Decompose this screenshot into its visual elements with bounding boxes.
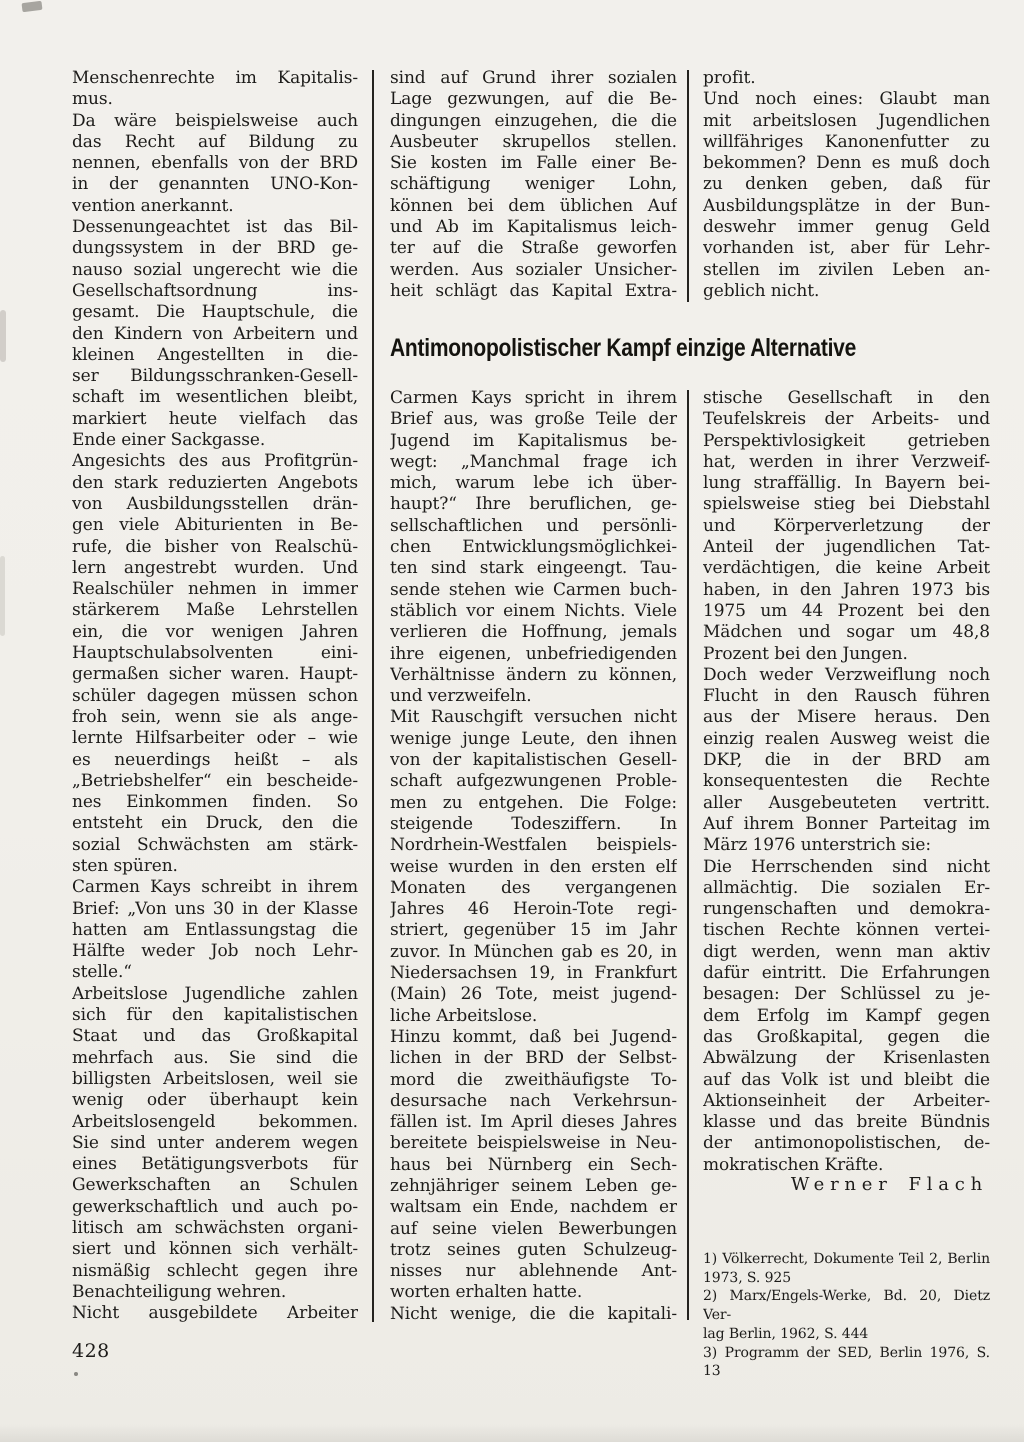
text-line: Gewerkschaften an Schulen [72,1175,358,1196]
text-line: heit schlägt das Kapital Extra- [390,281,677,302]
text-line: Auf ihrem Bonner Parteitag im [703,814,990,835]
text-line: entsteht ein Druck, den die [72,813,358,834]
text-line: haus bei Nürnberg ein Sech- [390,1155,677,1176]
text-line: vorhanden ist, aber für Lehr- [703,238,990,259]
text-line: weise wurden in den ersten elf [390,857,677,878]
author-name: Werner Flach [703,1174,988,1195]
text-line: Carmen Kays schreibt in ihrem [72,877,358,898]
text-line: hatten am Entlassungstag die [72,920,358,941]
text-line: klasse und das breite Bündnis [703,1112,990,1133]
text-line: wegt: „Manchmal frage ich [390,452,677,473]
column-middle-main: Carmen Kays spricht in ihremBrief aus, w… [390,388,677,1332]
scan-artifact-edge [0,556,5,636]
text-line: stische Gesellschaft in den [703,388,990,409]
text-line: sozial Schwächsten am stärk- [72,835,358,856]
text-line: lichen in der BRD der Selbst- [390,1048,677,1069]
text-line: schüler dagegen müssen schon [72,686,358,707]
text-line: können bei dem üblichen Auf [390,196,677,217]
text-line: wenige junge Leute, den ihnen [390,729,677,750]
text-line: besagen: Der Schlüssel zu je- [703,984,990,1005]
text-line: froh sein, wenn sie als ange- [72,707,358,728]
scanned-page: Menschenrechte im Kapitalis-mus.Da wäre … [0,0,1024,1442]
text-line: Die Herrschenden sind nicht [703,857,990,878]
footnotes: 1) Völkerrecht, Dokumente Teil 2, Berlin… [703,1250,990,1381]
text-line: auf das Volk ist und bleibt die [703,1070,990,1091]
text-line: germaßen sicher waren. Haupt- [72,664,358,685]
text-line: haupt?“ Ihre beruflichen, ge- [390,494,677,515]
text-line: steigende Todesziffern. In [390,814,677,835]
text-line: sten spüren. [72,856,358,877]
text-line: von Ausbildungsstellen drän- [72,494,358,515]
text-line: stärkerem Maße Lehrstellen [72,600,358,621]
text-line: Staat und das Großkapital [72,1026,358,1047]
text-line: aus der Misere heraus. Den [703,707,990,728]
text-line: März 1976 unterstrich sie: [703,835,990,856]
text-line: Hinzu kommt, daß bei Jugend- [390,1027,677,1048]
text-line: lern angestrebt wurden. Und [72,558,358,579]
text-line: konsequentesten die Rechte [703,771,990,792]
text-line: nennen, ebenfalls von der BRD [72,153,358,174]
text-line: von der kapitalistischen Gesell- [390,750,677,771]
text-line: Flucht in den Rausch führen [703,686,990,707]
text-line: ein, die vor wenigen Jahren [72,622,358,643]
text-line: Aktionseinheit der Arbeiter- [703,1091,990,1112]
text-line: trotz seines guten Schulzeug- [390,1240,677,1261]
text-line: Nicht wenige, die die kapitali- [390,1304,677,1325]
text-line: dingungen einzugehen, die die [390,111,677,132]
text-line: liche Arbeitslose. [390,1006,677,1027]
text-line: Doch weder Verzweiflung noch [703,665,990,686]
text-line: dungssystem in der BRD ge- [72,238,358,259]
text-line: stellen im zivilen Leben an- [703,260,990,281]
text-line: schaft im wesentlichen bleibt, [72,387,358,408]
text-line: tischen Rechte können vertei- [703,920,990,941]
text-line: worten erhalten hatte. [390,1282,677,1303]
text-line: Brief aus, was große Teile der [390,409,677,430]
text-line: chen Entwicklungsmöglichkei- [390,537,677,558]
text-line: markiert heute vielfach das [72,409,358,430]
text-line: Niedersachsen 19, in Frankfurt [390,963,677,984]
column-separator-left [372,70,374,1322]
text-line: sich für den kapitalistischen [72,1005,358,1026]
text-line: allmächtig. Die sozialen Er- [703,878,990,899]
text-line: Lage gezwungen, auf die Be- [390,89,677,110]
text-line: profit. [703,68,990,89]
text-line: zu denken geben, daß für [703,174,990,195]
text-line: mehrfach aus. Sie sind die [72,1048,358,1069]
text-line: mokratischen Kräfte. [703,1155,990,1176]
text-line: werden. Aus sozialer Unsicher- [390,260,677,281]
text-line: dafür eintritt. Die Erfahrungen [703,963,990,984]
text-line: desursache nach Verkehrsun- [390,1091,677,1112]
text-line: siert und können sich verhält- [72,1239,358,1260]
scan-artifact-edge [0,310,6,362]
scan-artifact-bottom-shade [0,1424,1024,1442]
text-line: billigsten Arbeitslosen, weil sie [72,1069,358,1090]
text-line: 1975 um 44 Prozent bei den [703,601,990,622]
text-line: verdächtigen, die keine Arbeit [703,558,990,579]
text-line: Gesellschaftsordnung ins- [72,281,358,302]
text-line: Nordrhein-Westfalen beispiels- [390,835,677,856]
text-line: Mit Rauschgift versuchen nicht [390,707,677,728]
text-line: ihre eigenen, unbefriedigenden [390,644,677,665]
text-line: sellschaftlichen und persönli- [390,516,677,537]
column-right-top: profit.Und noch eines: Glaubt manmit arb… [703,68,990,306]
text-line: Hälfte weder Job noch Lehr- [72,941,358,962]
text-line: bekommen? Denn es muß doch [703,153,990,174]
text-line: auf seine vielen Bewerbungen [390,1219,677,1240]
text-line: stäblich vor einem Nichts. Viele [390,601,677,622]
text-line: stelle.“ [72,962,358,983]
text-line: mus. [72,89,358,110]
text-line: schaft aufgezwungenen Proble- [390,771,677,792]
text-line: gesamt. Die Hauptschule, die [72,302,358,323]
text-line: mit arbeitslosen Jugendlichen [703,111,990,132]
text-line: Ausbildungsplätze in der Bun- [703,196,990,217]
text-line: ter auf die Straße geworfen [390,238,677,259]
text-line: lag Berlin, 1962, S. 444 [703,1325,990,1344]
text-line: nauso sozial ungerecht wie die [72,260,358,281]
text-line: den Kindern von Arbeitern und [72,324,358,345]
text-line: Anteil der jugendlichen Tat- [703,537,990,558]
text-line: 3) Programm der SED, Berlin 1976, S. 13 [703,1344,990,1381]
text-line: das Recht auf Bildung zu [72,132,358,153]
text-line: eines Betätigungsverbots für [72,1154,358,1175]
text-line: und verzweifeln. [390,686,677,707]
text-line: schäftigung weniger Lohn, [390,174,677,195]
text-line: gen viele Abiturienten in Be- [72,515,358,536]
text-line: wenig oder überhaupt kein [72,1090,358,1111]
text-line: Ausbeuter skrupellos stellen. [390,132,677,153]
text-line: mich, warum lebe ich über- [390,473,677,494]
text-line: Prozent bei den Jungen. [703,644,990,665]
text-line: Jahres 46 Heroin-Tote regi- [390,899,677,920]
text-line: zuvor. In München gab es 20, in [390,942,677,963]
text-line: 1) Völkerrecht, Dokumente Teil 2, Berlin [703,1250,990,1269]
text-line: nes Einkommen finden. So [72,792,358,813]
text-line: Und noch eines: Glaubt man [703,89,990,110]
text-line: Angesichts des aus Profitgrün- [72,451,358,472]
text-line: Mädchen und sogar um 48,8 [703,622,990,643]
text-line: hat, werden in ihrer Verzweif- [703,452,990,473]
text-line: Teufelskreis der Arbeits- und [703,409,990,430]
text-line: Realschüler nehmen in immer [72,579,358,600]
text-line: (Main) 26 Tote, meist jugend- [390,984,677,1005]
text-line: ten sind stark eingeengt. Tau- [390,558,677,579]
page-number: 428 [72,1340,110,1362]
text-line: kleinen Angestellten in die- [72,345,358,366]
text-line: geblich nicht. [703,281,990,302]
text-line: verlieren die Hoffnung, jemals [390,622,677,643]
text-line: lernte Hilfsarbeiter oder – wie [72,728,358,749]
text-line: men zu entgehen. Die Folge: [390,793,677,814]
text-line: es neuerdings heißt – als [72,750,358,771]
text-line: fällen ist. Im April dieses Jahres [390,1112,677,1133]
column-middle-top: sind auf Grund ihrer sozialenLage gezwun… [390,68,677,306]
text-line: waltsam ein Ende, nachdem er [390,1197,677,1218]
column-separator-right-top [687,70,689,302]
text-line: Perspektivlosigkeit getrieben [703,431,990,452]
text-line: und Ab im Kapitalismus leich- [390,217,677,238]
text-line: haben, in den Jahren 1973 bis [703,580,990,601]
text-line: Monaten des vergangenen [390,878,677,899]
text-line: rungenschaften und demokra- [703,899,990,920]
text-line: Sie kosten im Falle einer Be- [390,153,677,174]
text-line: bereitete beispielsweise in Neu- [390,1133,677,1154]
text-line: Jugend im Kapitalismus be- [390,431,677,452]
text-line: Arbeitslose Jugendliche zahlen [72,984,358,1005]
text-line: vention anerkannt. [72,196,358,217]
text-line: Menschenrechte im Kapitalis- [72,68,358,89]
text-line: Dessenungeachtet ist das Bil- [72,217,358,238]
text-line: deswehr immer genug Geld [703,217,990,238]
text-line: rufe, die bisher von Realschü- [72,537,358,558]
text-line: Verhältnisse ändern zu können, [390,665,677,686]
text-line: aller Ausgebeuteten vertritt. [703,793,990,814]
text-line: und Körperverletzung der [703,516,990,537]
text-line: Brief: „Von uns 30 in der Klasse [72,899,358,920]
text-line: Abwälzung der Krisenlasten [703,1048,990,1069]
scan-artifact-dot [74,1372,78,1376]
text-line: spielsweise stieg bei Diebstahl [703,494,990,515]
text-line: 1973, S. 925 [703,1269,990,1288]
text-line: ser Bildungsschranken-Gesell- [72,366,358,387]
text-line: den stark reduzierten Angebots [72,473,358,494]
text-line: der antimonopolistischen, de- [703,1133,990,1154]
column-separator-right-main [687,390,689,1320]
text-line: nismäßig schlecht gegen ihre [72,1261,358,1282]
text-line: Arbeitslosengeld bekommen. [72,1112,358,1133]
text-line: willfähriges Kanonenfutter zu [703,132,990,153]
text-line: das Großkapital, gegen die [703,1027,990,1048]
text-line: Benachteiligung wehren. [72,1282,358,1303]
text-line: 2) Marx/Engels-Werke, Bd. 20, Dietz Ver- [703,1287,990,1324]
column-left: Menschenrechte im Kapitalis-mus.Da wäre … [72,68,358,1324]
text-line: in der genannten UNO-Kon- [72,174,358,195]
text-line: dem Erfolg im Kampf gegen [703,1006,990,1027]
text-line: nisses nur ablehnende Ant- [390,1261,677,1282]
text-line: gewerkschaftlich und auch po- [72,1197,358,1218]
text-line: mord die zweithäufigste To- [390,1070,677,1091]
text-line: litisch am schwächsten organi- [72,1218,358,1239]
text-line: Ende einer Sackgasse. [72,430,358,451]
text-line: digt werden, wenn man aktiv [703,942,990,963]
text-line: Sie sind unter anderem wegen [72,1133,358,1154]
section-heading: Antimonopolistischer Kampf einzige Alter… [390,334,961,363]
text-line: Hauptschulabsolventen eini- [72,643,358,664]
text-line: zehnjähriger seinem Leben ge- [390,1176,677,1197]
text-line: sende stehen wie Carmen buch- [390,580,677,601]
text-line: sind auf Grund ihrer sozialen [390,68,677,89]
text-line: DKP, die in der BRD am [703,750,990,771]
column-right-main: stische Gesellschaft in denTeufelskreis … [703,388,990,1178]
text-line: striert, gegenüber 15 im Jahr [390,920,677,941]
text-line: Nicht ausgebildete Arbeiter [72,1303,358,1324]
text-line: Carmen Kays spricht in ihrem [390,388,677,409]
scan-artifact-corner [22,1,43,12]
text-line: lung straffällig. In Bayern bei- [703,473,990,494]
text-line: „Betriebshelfer“ ein bescheide- [72,771,358,792]
text-line: einzig realen Ausweg weist die [703,729,990,750]
text-line: Da wäre beispielsweise auch [72,111,358,132]
